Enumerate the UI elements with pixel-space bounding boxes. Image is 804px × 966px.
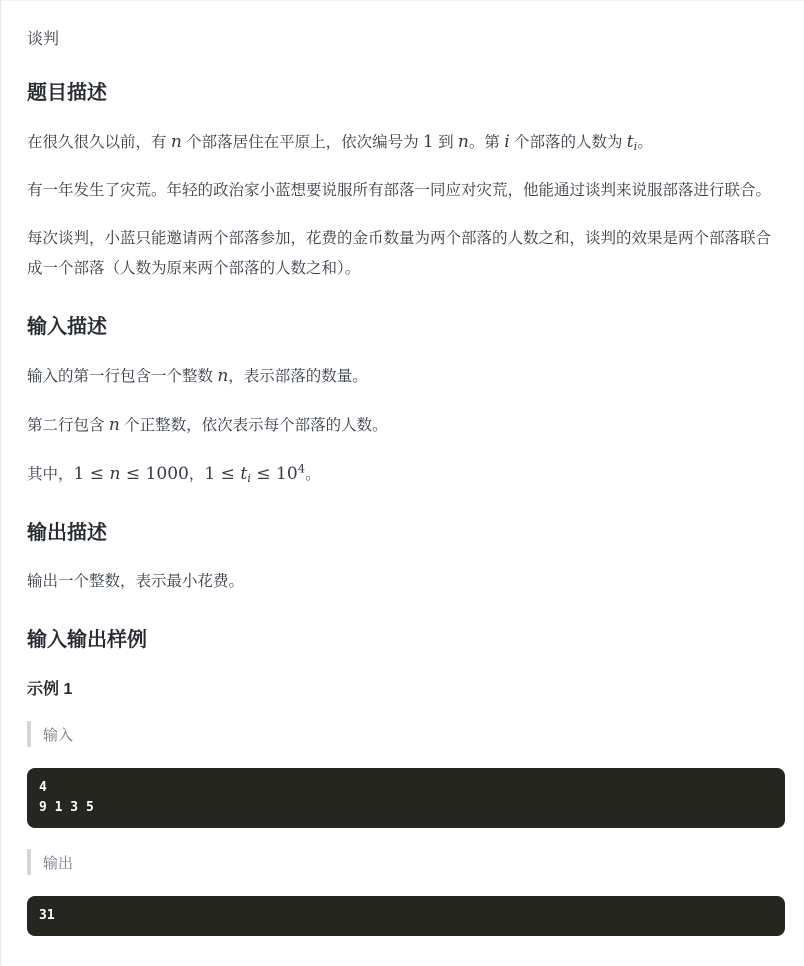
section-heading-output: 输出描述 <box>27 521 785 545</box>
description-paragraph-2: 有一年发生了灾荒。年轻的政治家小蓝想要说服所有部落一同应对灾荒，他能通过谈判来说… <box>27 176 785 206</box>
sample-input-label-text: 输入 <box>43 724 73 745</box>
input-paragraph-1: 输入的第一行包含一个整数 n，表示部落的数量。 <box>27 361 785 392</box>
example-1-heading: 示例 1 <box>27 680 785 700</box>
sample-output-label-text: 输出 <box>43 852 73 873</box>
label-accent-bar <box>27 849 31 875</box>
label-accent-bar <box>27 721 31 747</box>
input-paragraph-3: 其中，1 ≤ n ≤ 1000，1 ≤ ti ≤ 104。 <box>27 459 785 490</box>
sample-input-label: 输入 <box>27 721 785 747</box>
sample-output-label: 输出 <box>27 849 785 875</box>
output-paragraph-1: 输出一个整数，表示最小花费。 <box>27 567 785 597</box>
sample-output-code-block: 31 <box>27 896 785 936</box>
section-heading-samples: 输入输出样例 <box>27 628 785 652</box>
description-paragraph-1: 在很久很久以前，有 n 个部落居住在平原上，依次编号为 1 到 n。第 i 个部… <box>27 127 785 158</box>
description-paragraph-3: 每次谈判，小蓝只能邀请两个部落参加，花费的金币数量为两个部落的人数之和，谈判的效… <box>27 224 785 284</box>
sample-input-code-block: 4 9 1 3 5 <box>27 768 785 828</box>
section-heading-input: 输入描述 <box>27 315 785 339</box>
input-paragraph-2: 第二行包含 n 个正整数，依次表示每个部落的人数。 <box>27 410 785 441</box>
problem-title: 谈判 <box>27 30 785 50</box>
section-heading-description: 题目描述 <box>27 81 785 105</box>
problem-page: 谈判 题目描述 在很久很久以前，有 n 个部落居住在平原上，依次编号为 1 到 … <box>0 0 804 966</box>
